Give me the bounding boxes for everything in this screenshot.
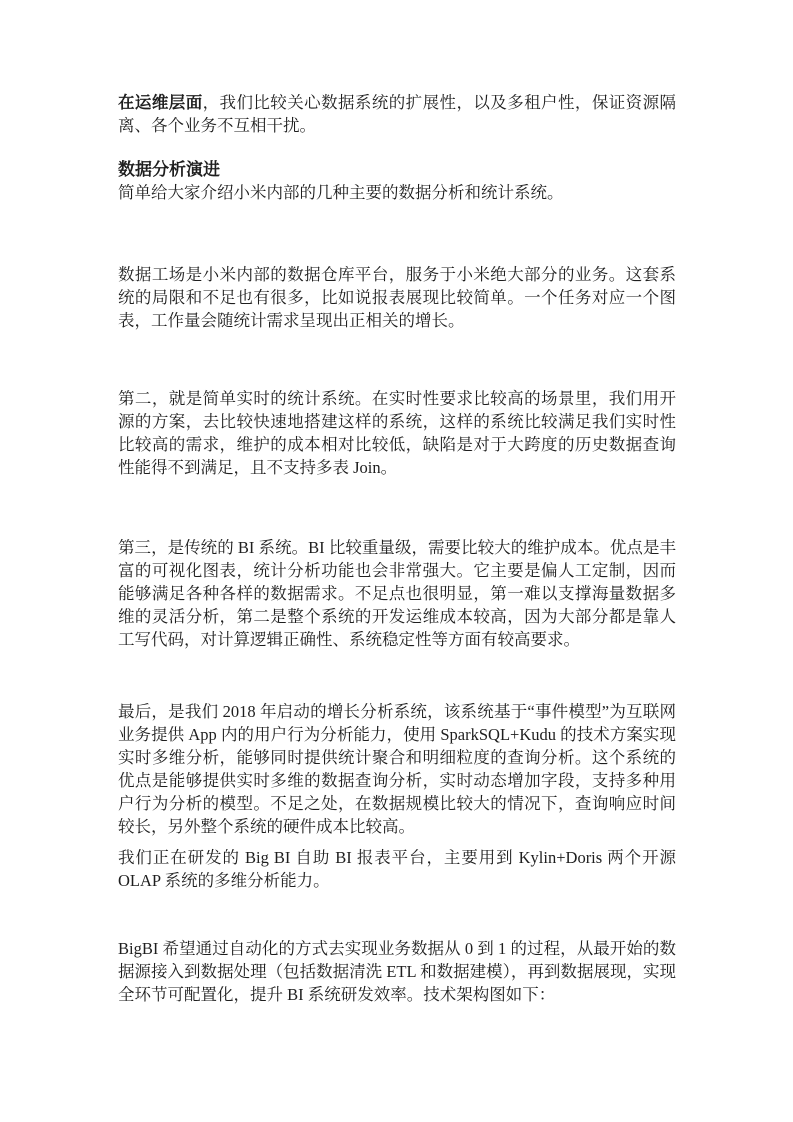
document-page: 在运维层面，我们比较关心数据系统的扩展性，以及多租户性，保证资源隔离、各个业务不… [0, 0, 793, 1122]
paragraph-bigbi-goal: BigBI 希望通过自动化的方式去实现业务数据从 0 到 1 的过程，从最开始的… [118, 937, 676, 1006]
paragraph-traditional-bi: 第三，是传统的 BI 系统。BI 比较重量级，需要比较大的维护成本。优点是丰富的… [118, 536, 676, 651]
paragraph-data-factory: 数据工场是小米内部的数据仓库平台，服务于小米绝大部分的业务。这套系统的局限和不足… [118, 263, 676, 332]
paragraph-ops-level: 在运维层面，我们比较关心数据系统的扩展性，以及多租户性，保证资源隔离、各个业务不… [118, 91, 676, 137]
section-heading-data-analysis-evolution: 数据分析演进 [118, 158, 676, 181]
paragraph-bigbi-platform: 我们正在研发的 Big BI 自助 BI 报表平台，主要用到 Kylin+Dor… [118, 846, 676, 892]
paragraph-realtime-stats: 第二，就是简单实时的统计系统。在实时性要求比较高的场景里，我们用开源的方案，去比… [118, 387, 676, 479]
section-intro: 简单给大家介绍小米内部的几种主要的数据分析和统计系统。 [118, 181, 676, 204]
paragraph-ops-level-text: ，我们比较关心数据系统的扩展性，以及多租户性，保证资源隔离、各个业务不互相干扰。 [118, 93, 676, 135]
lead-emphasis-text: 在运维层面 [118, 93, 203, 112]
paragraph-growth-analytics: 最后，是我们 2018 年启动的增长分析系统，该系统基于“事件模型”为互联网业务… [118, 700, 676, 838]
